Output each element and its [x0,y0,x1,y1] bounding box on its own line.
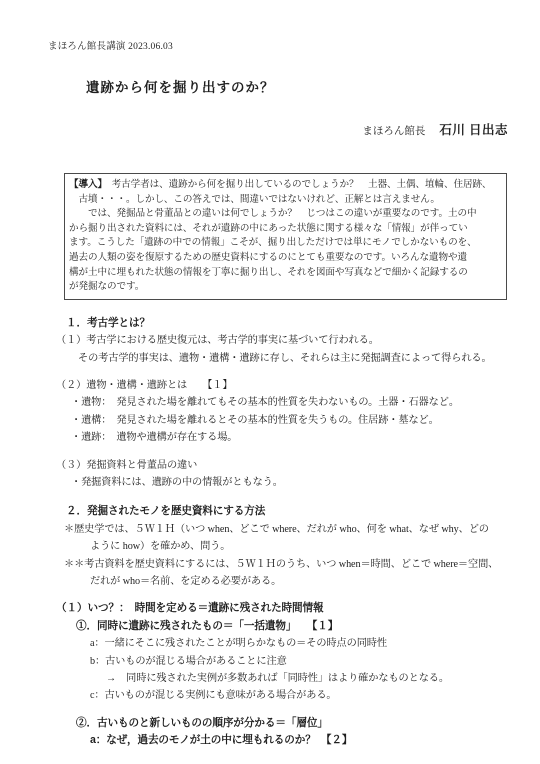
body-line: ＊歴史学では、５Ｗ１Ｈ（いつ when、どこで where、だれが who、何を… [64,521,508,538]
author-role: まほろん館長 [362,126,425,137]
body-line: （１）考古学における歴史復元は、考古学的事実に基づいて行われる。 [56,332,508,349]
intro-box-line: 構が土中に埋もれた状態の情報を丁寧に掘り出し、それを図面や写真などで細かく記録す… [69,266,502,281]
body-line: ②．古いものと新しいものの順序が分かる＝「層位」 [76,715,508,732]
document-body: １．考古学とは？（１）考古学における歴史復元は、考古学的事実に基づいて行われる。… [56,315,508,750]
intro-box-line: 古墳・・・。しかし、この答えでは、間違いではないけれど、正解とは言えません。 [69,193,502,208]
intro-box-line: が発掘なのです。 [69,280,502,295]
intro-box: 【導入】 考古学者は、遺跡から何を掘り出しているのでしょうか？ 土器、土偶、埴輪… [64,173,507,300]
document-header: まほろん館長講演 2023.06.03 [48,38,508,52]
body-line: ＊＊考古資料を歴史資料にするには、５Ｗ１Ｈのうち、いつ when＝時間、どこで … [64,556,508,573]
body-line: （３）発掘資料と骨董品の違い [56,457,508,474]
author-line: まほろん館長石川 日出志 [56,102,508,157]
body-line: → 同時に残された実例が多数あれば「同時性」はより確かなものとなる。 [106,670,508,687]
intro-box-line: 過去の人類の姿を復原するための歴史資料にするのにとても重要なのです。いろんな遺物… [69,251,502,266]
body-line: a：なぜ，過去のモノが土の中に埋もれるのか？ 【２】 [90,732,508,749]
document-page: まほろん館長講演 2023.06.03 遺跡から何を掘り出すのか？ まほろん館長… [0,0,540,764]
author-name: 石川 日出志 [439,123,508,137]
page-title: 遺跡から何を掘り出すのか？ [86,76,508,96]
body-line: a：一緒にそこに残されたことが明らかなもの＝その時点の同時性 [90,635,508,652]
body-line: （１）いつ？： 時間を定める＝遺跡に残された時間情報 [56,600,508,617]
body-line: その考古学的事実は、遺物・遺構・遺跡に存し、それらは主に発掘調査によって得られる… [78,350,508,367]
body-line: ・遺跡： 遺物や遺構が存在する場。 [71,429,508,446]
intro-box-line: 【導入】 考古学者は、遺跡から何を掘り出しているのでしょうか？ 土器、土偶、埴輪… [69,178,502,193]
body-line: だれが who＝名前、を定める必要がある。 [90,573,508,590]
intro-label: 【導入】 [69,179,102,190]
intro-box-line: では、発掘品と骨董品との違いは何でしょうか？ じつはこの違いが重要なのです。土の… [69,207,502,222]
intro-box-line: から掘り出された資料には、それが遺跡の中にあった状態に関する様々な「情報」が伴っ… [69,222,502,237]
body-line: c：古いものが混じる実例にも意味がある場合がある。 [90,687,508,704]
intro-box-line: ます。こうした「遺跡の中での情報」こそが、掘り出しただけでは単にモノでしかないも… [69,236,502,251]
intro-first-line-text: 考古学者は、遺跡から何を掘り出しているのでしょうか？ 土器、土偶、埴輪、住居跡、 [102,179,491,190]
body-line: ・遺物： 発見された場を離れてもその基本的性質を失わないもの。土器・石器など。 [71,394,508,411]
body-line: （２）遺物・遺構・遺跡とは 【１】 [56,377,508,394]
body-line: ①．同時に遺跡に残されたもの＝「一括遺物」 【１】 [76,618,508,635]
body-line: ・発掘資料には、遺跡の中の情報がともなう。 [71,474,508,491]
intro-box-lines: 古墳・・・。しかし、この答えでは、間違いではないけれど、正解とは言えません。 で… [69,193,502,295]
body-line: b：古いものが混じる場合があることに注意 [90,653,508,670]
body-line: ・遺構： 発見された場を離れるとその基本的性質を失うもの。住居跡・墓など。 [71,412,508,429]
body-line: ２．発掘されたモノを歴史資料にする方法 [66,503,508,520]
body-line: ように how）を確かめ、問う。 [90,538,508,555]
body-line: １．考古学とは？ [66,315,508,332]
